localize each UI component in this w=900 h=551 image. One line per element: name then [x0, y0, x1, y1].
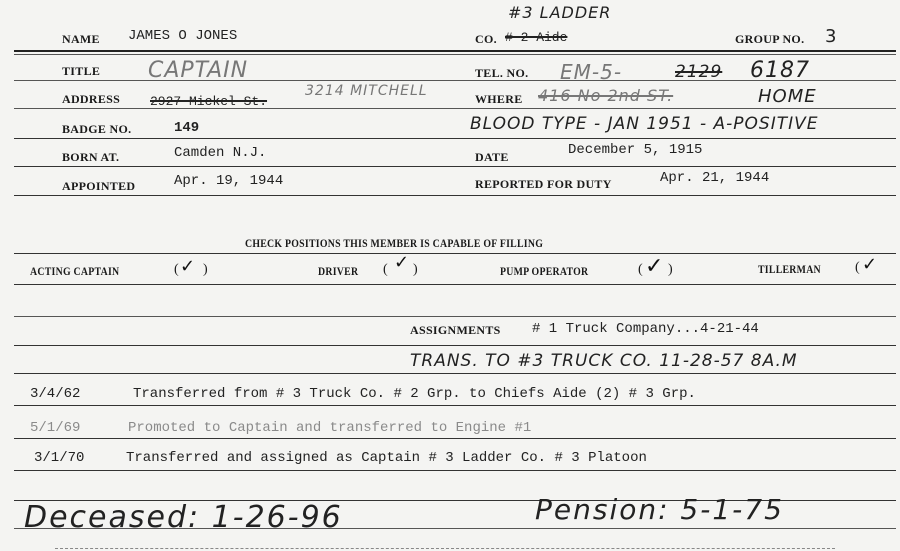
driver-checkmark-icon: ✓ — [394, 252, 409, 273]
assignments-label: ASSIGNMENTS — [410, 323, 501, 338]
positions-heading: CHECK POSITIONS THIS MEMBER IS CAPABLE O… — [245, 236, 543, 251]
assignment-date: 3/4/62 — [30, 386, 80, 402]
reported-label: REPORTED FOR DUTY — [475, 177, 612, 192]
tel-struck-value: 2129 — [675, 62, 722, 82]
paren-open: ( — [638, 262, 643, 278]
tel-label: TEL. NO. — [475, 66, 528, 81]
assignment-text: Promoted to Captain and transferred to E… — [128, 420, 531, 436]
position-acting-captain-label: ACTING CAPTAIN — [30, 264, 119, 279]
row-divider — [14, 195, 896, 196]
where-value: HOME — [758, 86, 817, 107]
row-divider — [14, 253, 896, 254]
row-divider — [14, 138, 896, 139]
appointed-value: Apr. 19, 1944 — [174, 173, 283, 189]
row-divider — [14, 166, 896, 167]
row-divider — [14, 284, 896, 285]
pump-operator-checkmark-icon: ✓ — [645, 254, 663, 279]
badge-label: BADGE NO. — [62, 122, 131, 137]
name-label: NAME — [62, 32, 100, 47]
co-handwritten-value: #3 LADDER — [508, 3, 611, 22]
paren-open: ( — [383, 262, 388, 278]
position-driver-label: DRIVER — [318, 264, 358, 279]
tillerman-checkmark-icon: ✓ — [862, 254, 877, 275]
date-value: December 5, 1915 — [568, 142, 702, 158]
where-struck-value: 416 No 2nd ST. — [538, 86, 673, 105]
appointed-label: APPOINTED — [62, 179, 135, 194]
blood-type-note: BLOOD TYPE - JAN 1951 - A-POSITIVE — [470, 114, 819, 134]
acting-captain-checkmark-icon: ✓ — [180, 256, 195, 277]
assignment-date: 5/1/69 — [30, 420, 80, 436]
date-label: DATE — [475, 150, 509, 165]
group-label: GROUP NO. — [735, 32, 804, 47]
name-value: JAMES O JONES — [128, 28, 237, 44]
deceased-note: Deceased: 1-26-96 — [24, 500, 343, 535]
assignment-text: Transferred and assigned as Captain # 3 … — [126, 450, 647, 466]
address-struck-value: 2927 Mickel St. — [150, 94, 267, 109]
row-divider — [14, 345, 896, 346]
address-label: ADDRESS — [62, 92, 120, 107]
born-label: BORN AT. — [62, 150, 119, 165]
assignment-first: # 1 Truck Company...4-21-44 — [532, 321, 759, 337]
co-label: CO. — [475, 32, 497, 47]
title-label: TITLE — [62, 64, 100, 79]
paren-close: ) — [668, 262, 673, 278]
row-divider — [14, 108, 896, 109]
row-divider — [14, 438, 896, 439]
where-label: WHERE — [475, 92, 523, 107]
badge-value: 149 — [174, 120, 199, 136]
personnel-record-card: NAME JAMES O JONES CO. # 2 Aide #3 LADDE… — [0, 0, 900, 551]
row-divider — [14, 405, 896, 406]
reported-value: Apr. 21, 1944 — [660, 170, 769, 186]
assignment-date: 3/1/70 — [34, 450, 84, 466]
pension-note: Pension: 5-1-75 — [535, 493, 784, 526]
group-value: 3 — [825, 26, 837, 47]
row-divider — [14, 373, 896, 374]
assignment-text: Transferred from # 3 Truck Co. # 2 Grp. … — [133, 386, 696, 402]
assignment-handwritten-transfer: TRANS. TO #3 TRUCK CO. 11-28-57 8A.M — [410, 351, 798, 371]
faint-bottom-rule — [55, 548, 835, 549]
position-pump-operator-label: PUMP OPERATOR — [500, 264, 588, 279]
row-divider — [14, 316, 896, 317]
paren-close: ) — [413, 262, 418, 278]
co-struck-value: # 2 Aide — [505, 30, 567, 45]
paren-open: ( — [855, 260, 860, 276]
born-value: Camden N.J. — [174, 145, 266, 161]
row-divider — [14, 470, 896, 471]
header-divider — [14, 50, 896, 52]
paren-open: ( — [174, 262, 179, 278]
row-divider — [14, 528, 896, 529]
position-tillerman-label: TILLERMAN — [758, 262, 821, 277]
address-handwritten-value: 3214 MITCHELL — [305, 83, 428, 99]
header-divider-second — [14, 54, 896, 55]
paren-close: ) — [203, 262, 208, 278]
row-divider — [14, 80, 896, 81]
